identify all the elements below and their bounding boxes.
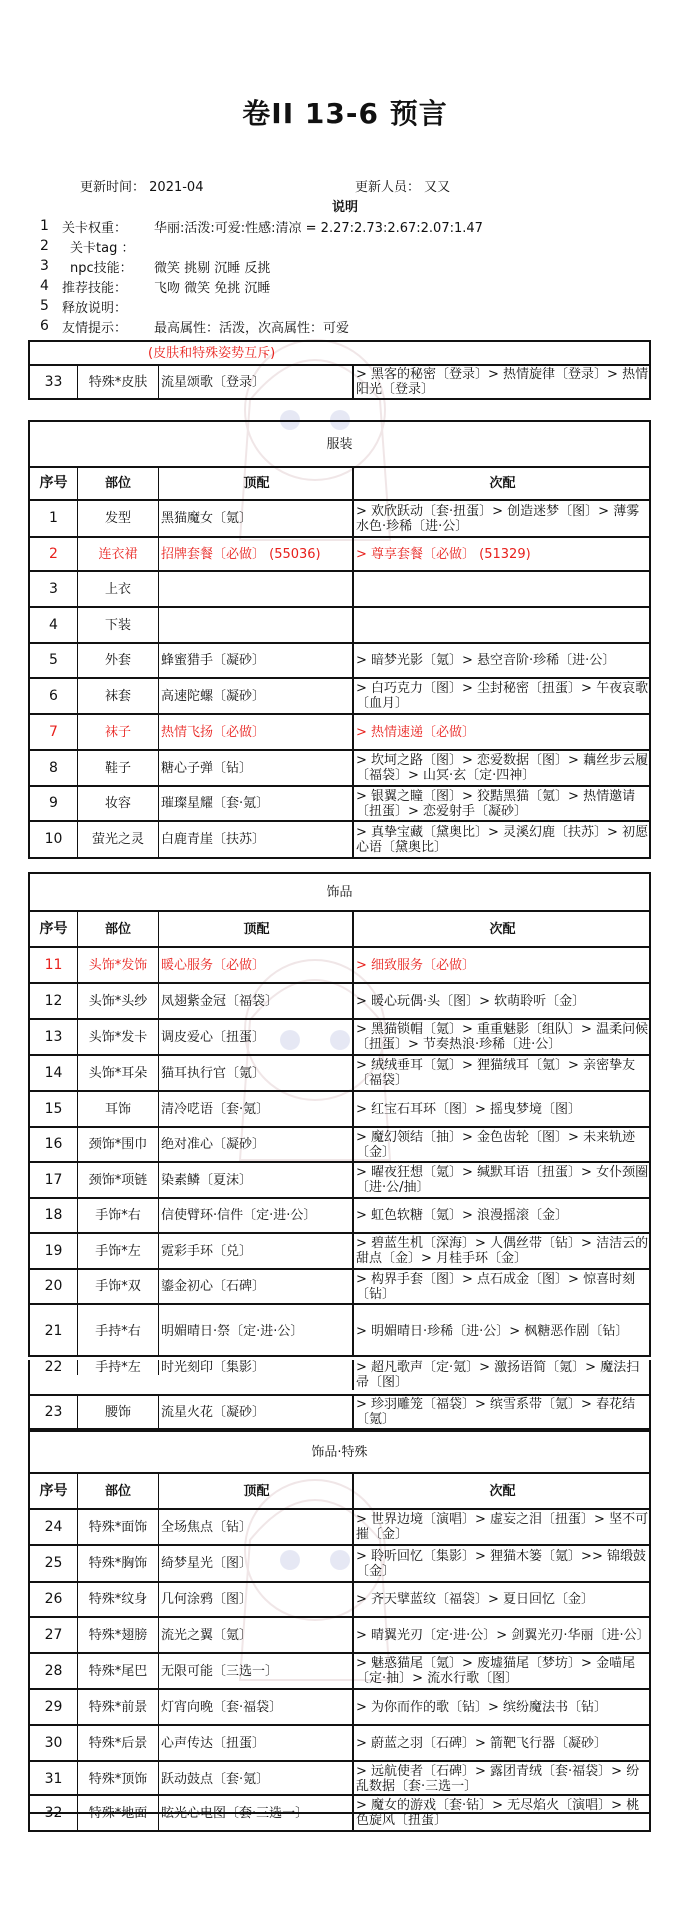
- section-title: 饰品: [30, 874, 649, 910]
- row-alternatives: > 齐天擘蓝纹〔福袋〕> 夏日回忆〔金〕: [352, 1583, 649, 1616]
- row-alternatives: > 明媚晴日·珍稀〔进·公〕> 枫糖恶作剧〔钻〕: [352, 1305, 649, 1357]
- row-number: 24: [30, 1510, 77, 1544]
- row-top-pick: 高速陀螺〔凝砂〕: [158, 679, 352, 713]
- row-slot: 特殊*皮肤: [77, 366, 158, 398]
- table-header-row: 序号 部位 顶配 次配: [30, 910, 649, 946]
- row-slot: 下装: [77, 608, 158, 642]
- row-alternatives: > 细致服务〔必做〕: [352, 948, 649, 982]
- row-alternatives: > 黑客的秘密〔登录〕> 热情旋律〔登录〕> 热情阳光〔登录〕: [352, 366, 649, 398]
- row-number: 8: [30, 751, 77, 785]
- row-top-pick: 眩光心电图〔套·三选一〕: [158, 1796, 352, 1830]
- skin-exclusive-note: (皮肤和特殊姿势互斥): [30, 342, 649, 364]
- row-number: 1: [30, 501, 77, 536]
- row-slot: 外套: [77, 644, 158, 677]
- row-number: 27: [30, 1618, 77, 1652]
- row-top-pick: 绮梦星光〔图〕: [158, 1546, 352, 1581]
- row-alternatives: > 暖心玩偶·头〔图〕> 软萌聆听〔金〕: [352, 984, 649, 1018]
- table-row: 19 手饰*左 霓彩手环〔兑〕 > 碧蓝生机〔深海〕> 人偶丝带〔钻〕> 洁洁云…: [30, 1232, 649, 1268]
- row-top-pick: 流光之翼〔氪〕: [158, 1618, 352, 1652]
- row-top-pick: 暖心服务〔必做〕: [158, 948, 352, 982]
- row-alternatives: > 晴翼光刃〔定·进·公〕> 剑翼光刃·华丽〔进·公〕: [352, 1618, 649, 1652]
- row-slot: 头饰*耳朵: [77, 1056, 158, 1090]
- clothing-table: 服装 序号 部位 顶配 次配 1 发型 黑猫魔女〔氪〕 > 欢欣跃动〔套·扭蛋〕…: [28, 420, 651, 859]
- row-number: 33: [30, 366, 77, 398]
- table-row-must-do: 2 连衣裙 招牌套餐〔必做〕 (55036) > 尊享套餐〔必做〕 (51329…: [30, 536, 649, 570]
- table-header-row: 序号 部位 顶配 次配: [30, 466, 649, 499]
- special-accessory-table: 饰品·特殊 序号 部位 顶配 次配 24 特殊*面饰 全场焦点〔钻〕 > 世界边…: [28, 1430, 651, 1814]
- row-slot: 手持*左: [77, 1360, 158, 1375]
- note-row: 2 关卡tag ：: [40, 236, 154, 256]
- table-row: 30 特殊*后景 心声传达〔扭蛋〕 > 蔚蓝之羽〔石碑〕> 箭靶飞行器〔凝砂〕: [30, 1724, 649, 1760]
- table-row: 23 腰饰 流星火花〔凝砂〕 > 珍羽雕笼〔福袋〕> 缤雪系带〔氪〕> 春花结〔…: [30, 1394, 649, 1428]
- special-accessory-table-last: 32 特殊*地面 眩光心电图〔套·三选一〕 > 魔女的游戏〔套·钻〕> 无尽焰火…: [28, 1794, 651, 1832]
- row-number: 16: [30, 1128, 77, 1161]
- description-heading: 说明: [0, 196, 690, 215]
- row-top-pick: 糖心子弹〔钻〕: [158, 751, 352, 785]
- row-alternatives: > 绒绒垂耳〔氪〕> 狸猫绒耳〔氪〕> 亲密挚友〔福袋〕: [352, 1056, 649, 1090]
- note-key: 友情提示：: [62, 317, 154, 336]
- row-alternatives: > 魅惑猫尾〔氪〕> 废墟猫尾〔梦坊〕> 金喵尾〔定·抽〕> 流水行歌〔图〕: [352, 1654, 649, 1688]
- section-title-row: 服装: [30, 422, 649, 466]
- row-top-pick: 灯宵向晚〔套·福袋〕: [158, 1690, 352, 1724]
- skin-table: (皮肤和特殊姿势互斥) 33 特殊*皮肤 流星颂歌〔登录〕 > 黑客的秘密〔登录…: [28, 340, 651, 400]
- row-number: 17: [30, 1163, 77, 1197]
- row-slot: 特殊*翅膀: [77, 1618, 158, 1652]
- row-slot: 手饰*左: [77, 1234, 158, 1268]
- row-number: 31: [30, 1762, 77, 1796]
- row-slot: 特殊*纹身: [77, 1583, 158, 1616]
- note-number: 4: [40, 278, 62, 294]
- row-top-pick: 调皮爱心〔扭蛋〕: [158, 1020, 352, 1054]
- header-slot: 部位: [77, 912, 158, 946]
- row-top-pick: 热情飞扬〔必做〕: [158, 715, 352, 749]
- row-number: 18: [30, 1199, 77, 1232]
- row-top-pick: [158, 572, 352, 606]
- table-row: 9 妆容 璀璨星耀〔套·氪〕 > 银翼之瞳〔图〕> 狡黠黑猫〔氪〕> 热情邀请〔…: [30, 785, 649, 820]
- row-top-pick: 璀璨星耀〔套·氪〕: [158, 787, 352, 820]
- note-row: 4 推荐技能： 飞吻 微笑 免挑 沉睡: [40, 276, 270, 296]
- row-top-pick: 蜂蜜猎手〔凝砂〕: [158, 644, 352, 677]
- row-number: 21: [30, 1305, 77, 1357]
- header-slot: 部位: [77, 1474, 158, 1508]
- row-alternatives: > 坎坷之路〔图〕> 恋爱数据〔图〕> 藕丝步云履〔福袋〕> 山冥·玄〔定·四神…: [352, 751, 649, 785]
- row-slot: 特殊*地面: [77, 1796, 158, 1830]
- table-row: 10 萤光之灵 白鹿青崖〔扶苏〕 > 真挚宝藏〔黛奥比〕> 灵溪幻鹿〔扶苏〕> …: [30, 820, 649, 857]
- row-number: 13: [30, 1020, 77, 1054]
- row-alternatives: > 白巧克力〔图〕> 尘封秘密〔扭蛋〕> 午夜哀歌〔血月〕: [352, 679, 649, 713]
- header-slot: 部位: [77, 468, 158, 499]
- row-slot: 手饰*右: [77, 1199, 158, 1232]
- row-alternatives: > 虹色软糖〔氪〕> 浪漫摇滚〔金〕: [352, 1199, 649, 1232]
- row-number: 23: [30, 1396, 77, 1428]
- update-time-label: 更新时间：: [80, 180, 145, 195]
- table-row: 1 发型 黑猫魔女〔氪〕 > 欢欣跃动〔套·扭蛋〕> 创造迷梦〔图〕> 薄雾水色…: [30, 499, 649, 536]
- note-row: 6 友情提示： 最高属性：活泼，次高属性：可爱: [40, 316, 349, 336]
- table-row: 4 下装: [30, 606, 649, 642]
- table-row: 17 颈饰*项链 染素鳞〔夏沫〕 > 曜夜狂想〔氪〕> 缄默耳语〔扭蛋〕> 女仆…: [30, 1161, 649, 1197]
- row-alternatives: > 珍羽雕笼〔福袋〕> 缤雪系带〔氪〕> 春花结〔氪〕: [352, 1396, 649, 1428]
- row-top-pick: 黑猫魔女〔氪〕: [158, 501, 352, 536]
- header-alt: 次配: [352, 468, 649, 499]
- table-row-must-do: 11 头饰*发饰 暖心服务〔必做〕 > 细致服务〔必做〕: [30, 946, 649, 982]
- updater-label: 更新人员：: [355, 180, 420, 195]
- row-top-pick: 白鹿青崖〔扶苏〕: [158, 822, 352, 857]
- row-slot: 特殊*顶饰: [77, 1762, 158, 1796]
- row-number: 6: [30, 679, 77, 713]
- header-alt: 次配: [352, 912, 649, 946]
- row-slot: 萤光之灵: [77, 822, 158, 857]
- row-slot: 头饰*发卡: [77, 1020, 158, 1054]
- table-row: 14 头饰*耳朵 猫耳执行官〔氪〕 > 绒绒垂耳〔氪〕> 狸猫绒耳〔氪〕> 亲密…: [30, 1054, 649, 1090]
- row-alternatives: > 魔幻领结〔抽〕> 金色齿轮〔图〕> 未来轨迹〔金〕: [352, 1128, 649, 1161]
- note-key: npc技能：: [62, 257, 154, 276]
- table-row: 32 特殊*地面 眩光心电图〔套·三选一〕 > 魔女的游戏〔套·钻〕> 无尽焰火…: [30, 1794, 649, 1830]
- section-title-row: 饰品·特殊: [30, 1432, 649, 1472]
- row-alternatives: > 尊享套餐〔必做〕 (51329): [352, 538, 649, 570]
- table-row: 16 颈饰*围巾 绝对准心〔凝砂〕 > 魔幻领结〔抽〕> 金色齿轮〔图〕> 未来…: [30, 1126, 649, 1161]
- row-number: 14: [30, 1056, 77, 1090]
- row-alternatives: > 超凡歌声〔定·氪〕> 激扬语简〔氪〕> 魔法扫帚〔图〕: [352, 1360, 649, 1390]
- row-alternatives: > 红宝石耳环〔图〕> 摇曳梦境〔图〕: [352, 1092, 649, 1126]
- note-number: 2: [40, 238, 62, 254]
- table-row: 5 外套 蜂蜜猎手〔凝砂〕 > 暗梦光影〔氪〕> 悬空音阶·珍稀〔进·公〕: [30, 642, 649, 677]
- row-top-pick: 心声传达〔扭蛋〕: [158, 1726, 352, 1760]
- row-number: 7: [30, 715, 77, 749]
- row-number: 2: [30, 538, 77, 570]
- header-no: 序号: [30, 468, 77, 499]
- row-alternatives: [352, 572, 649, 606]
- note-number: 1: [40, 218, 62, 234]
- note-value: 微笑 挑剔 沉睡 反挑: [154, 257, 270, 276]
- row-top-pick: 时光刻印〔集影〕: [158, 1360, 352, 1375]
- row-top-pick: 清冷呓语〔套·氪〕: [158, 1092, 352, 1126]
- row-number: 3: [30, 572, 77, 606]
- row-alternatives: > 热情速递〔必做〕: [352, 715, 649, 749]
- row-number: 28: [30, 1654, 77, 1688]
- table-row-must-do: 7 袜子 热情飞扬〔必做〕 > 热情速递〔必做〕: [30, 713, 649, 749]
- row-number: 4: [30, 608, 77, 642]
- row-slot: 头饰*头纱: [77, 984, 158, 1018]
- note-number: 6: [40, 318, 62, 334]
- row-top-pick: 鎏金初心〔石碑〕: [158, 1270, 352, 1303]
- row-alternatives: > 聆听回忆〔集影〕> 狸猫木篓〔氪〕>> 锦缎鼓〔金〕: [352, 1546, 649, 1581]
- row-top-pick: 几何涂鸦〔图〕: [158, 1583, 352, 1616]
- row-slot: 特殊*面饰: [77, 1510, 158, 1544]
- updater-value: 又又: [424, 180, 450, 195]
- row-slot: 特殊*尾巴: [77, 1654, 158, 1688]
- row-slot: 妆容: [77, 787, 158, 820]
- row-number: 20: [30, 1270, 77, 1303]
- header-top: 顶配: [158, 1474, 352, 1508]
- row-slot: 特殊*后景: [77, 1726, 158, 1760]
- note-number: 5: [40, 298, 62, 314]
- row-alternatives: > 远航使者〔石碑〕> 露团青绒〔套·福袋〕> 纷乱数据〔套·三选一〕: [352, 1762, 649, 1796]
- row-slot: 连衣裙: [77, 538, 158, 570]
- note-number: 3: [40, 258, 62, 274]
- row-alternatives: > 银翼之瞳〔图〕> 狡黠黑猫〔氪〕> 热情邀请〔扭蛋〕> 恋爱射手〔凝砂〕: [352, 787, 649, 820]
- row-slot: 颈饰*项链: [77, 1163, 158, 1197]
- row-slot: 腰饰: [77, 1396, 158, 1428]
- table-header-row: 序号 部位 顶配 次配: [30, 1472, 649, 1508]
- row-number: 25: [30, 1546, 77, 1581]
- header-top: 顶配: [158, 468, 352, 499]
- row-number: 10: [30, 822, 77, 857]
- update-time-value: 2021-04: [149, 180, 203, 195]
- row-alternatives: > 魔女的游戏〔套·钻〕> 无尽焰火〔演唱〕> 桃色旋风〔扭蛋〕: [352, 1796, 649, 1830]
- table-row: 26 特殊*纹身 几何涂鸦〔图〕 > 齐天擘蓝纹〔福袋〕> 夏日回忆〔金〕: [30, 1581, 649, 1616]
- table-row: 31 特殊*顶饰 跃动鼓点〔套·氪〕 > 远航使者〔石碑〕> 露团青绒〔套·福袋…: [30, 1760, 649, 1796]
- note-row: 1 关卡权重： 华丽:活泼:可爱:性感:清凉 = 2.27:2.73:2.67:…: [40, 216, 483, 236]
- section-title-row: 饰品: [30, 874, 649, 910]
- row-top-pick: [158, 608, 352, 642]
- table-row: 28 特殊*尾巴 无限可能〔三选一〕 > 魅惑猫尾〔氪〕> 废墟猫尾〔梦坊〕> …: [30, 1652, 649, 1688]
- note-value: 最高属性：活泼，次高属性：可爱: [154, 317, 349, 336]
- update-time: 更新时间： 2021-04: [80, 176, 203, 195]
- row-top-pick: 凤翅紫金冠〔福袋〕: [158, 984, 352, 1018]
- row-number: 22: [30, 1360, 77, 1375]
- table-row: 27 特殊*翅膀 流光之翼〔氪〕 > 晴翼光刃〔定·进·公〕> 剑翼光刃·华丽〔…: [30, 1616, 649, 1652]
- row-top-pick: 信使臂环·信件〔定·进·公〕: [158, 1199, 352, 1232]
- row-top-pick: 无限可能〔三选一〕: [158, 1654, 352, 1688]
- note-key: 关卡权重：: [62, 217, 154, 236]
- header-no: 序号: [30, 912, 77, 946]
- note-row: 5 释放说明：: [40, 296, 154, 316]
- table-row: 21 手持*右 明媚晴日·祭〔定·进·公〕 > 明媚晴日·珍稀〔进·公〕> 枫糖…: [30, 1303, 649, 1357]
- table-row: 22 手持*左 时光刻印〔集影〕 > 超凡歌声〔定·氪〕> 激扬语简〔氪〕> 魔…: [30, 1360, 649, 1394]
- row-top-pick: 全场焦点〔钻〕: [158, 1510, 352, 1544]
- table-row: 20 手饰*双 鎏金初心〔石碑〕 > 构界手套〔图〕> 点石成金〔图〕> 惊喜时…: [30, 1268, 649, 1303]
- table-row: 25 特殊*胸饰 绮梦星光〔图〕 > 聆听回忆〔集影〕> 狸猫木篓〔氪〕>> 锦…: [30, 1544, 649, 1581]
- row-alternatives: > 蔚蓝之羽〔石碑〕> 箭靶飞行器〔凝砂〕: [352, 1726, 649, 1760]
- updater: 更新人员： 又又: [355, 176, 450, 195]
- row-alternatives: > 真挚宝藏〔黛奥比〕> 灵溪幻鹿〔扶苏〕> 初愿心语〔黛奥比〕: [352, 822, 649, 857]
- table-row: 18 手饰*右 信使臂环·信件〔定·进·公〕 > 虹色软糖〔氪〕> 浪漫摇滚〔金…: [30, 1197, 649, 1232]
- row-alternatives: [352, 608, 649, 642]
- row-number: 12: [30, 984, 77, 1018]
- row-top-pick: 跃动鼓点〔套·氪〕: [158, 1762, 352, 1796]
- row-top-pick: 明媚晴日·祭〔定·进·公〕: [158, 1305, 352, 1357]
- row-number: 15: [30, 1092, 77, 1126]
- row-top-pick: 招牌套餐〔必做〕 (55036): [158, 538, 352, 570]
- table-row: 29 特殊*前景 灯宵向晚〔套·福袋〕 > 为你而作的歌〔钻〕> 缤纷魔法书〔钻…: [30, 1688, 649, 1724]
- note-row: 3 npc技能： 微笑 挑剔 沉睡 反挑: [40, 256, 270, 276]
- note-key: 释放说明：: [62, 297, 154, 316]
- row-slot: 袜套: [77, 679, 158, 713]
- row-top-pick: 流星火花〔凝砂〕: [158, 1396, 352, 1428]
- note-value: 飞吻 微笑 免挑 沉睡: [154, 277, 270, 296]
- row-top-pick: 流星颂歌〔登录〕: [158, 366, 352, 398]
- row-alternatives: > 世界边境〔演唱〕> 虚妄之泪〔扭蛋〕> 坚不可摧〔金〕: [352, 1510, 649, 1544]
- row-number: 30: [30, 1726, 77, 1760]
- table-row: 13 头饰*发卡 调皮爱心〔扭蛋〕 > 黑猫锁帽〔氪〕> 重重魅影〔组队〕> 温…: [30, 1018, 649, 1054]
- table-row: 6 袜套 高速陀螺〔凝砂〕 > 白巧克力〔图〕> 尘封秘密〔扭蛋〕> 午夜哀歌〔…: [30, 677, 649, 713]
- row-slot: 手饰*双: [77, 1270, 158, 1303]
- row-top-pick: 绝对准心〔凝砂〕: [158, 1128, 352, 1161]
- row-number: 32: [30, 1796, 77, 1830]
- row-top-pick: 染素鳞〔夏沫〕: [158, 1163, 352, 1197]
- table-row: 8 鞋子 糖心子弹〔钻〕 > 坎坷之路〔图〕> 恋爱数据〔图〕> 藕丝步云履〔福…: [30, 749, 649, 785]
- table-row: 12 头饰*头纱 凤翅紫金冠〔福袋〕 > 暖心玩偶·头〔图〕> 软萌聆听〔金〕: [30, 982, 649, 1018]
- skin-note-row: (皮肤和特殊姿势互斥): [30, 342, 649, 364]
- row-slot: 袜子: [77, 715, 158, 749]
- row-slot: 特殊*胸饰: [77, 1546, 158, 1581]
- note-value: 华丽:活泼:可爱:性感:清凉 = 2.27:2.73:2.67:2.07:1.4…: [154, 217, 483, 236]
- row-top-pick: 霓彩手环〔兑〕: [158, 1234, 352, 1268]
- row-number: 26: [30, 1583, 77, 1616]
- accessory-table: 饰品 序号 部位 顶配 次配 11 头饰*发饰 暖心服务〔必做〕 > 细致服务〔…: [28, 872, 651, 1357]
- row-number: 29: [30, 1690, 77, 1724]
- row-alternatives: > 为你而作的歌〔钻〕> 缤纷魔法书〔钻〕: [352, 1690, 649, 1724]
- accessory-table-continued: 22 手持*左 时光刻印〔集影〕 > 超凡歌声〔定·氪〕> 激扬语简〔氪〕> 魔…: [28, 1360, 651, 1430]
- row-number: 5: [30, 644, 77, 677]
- header-no: 序号: [30, 1474, 77, 1508]
- row-slot: 手持*右: [77, 1305, 158, 1357]
- row-alternatives: > 暗梦光影〔氪〕> 悬空音阶·珍稀〔进·公〕: [352, 644, 649, 677]
- row-slot: 颈饰*围巾: [77, 1128, 158, 1161]
- row-slot: 耳饰: [77, 1092, 158, 1126]
- row-slot: 上衣: [77, 572, 158, 606]
- row-alternatives: > 碧蓝生机〔深海〕> 人偶丝带〔钻〕> 洁洁云的甜点〔金〕> 月桂手环〔金〕: [352, 1234, 649, 1268]
- row-alternatives: > 欢欣跃动〔套·扭蛋〕> 创造迷梦〔图〕> 薄雾水色·珍稀〔进·公〕: [352, 501, 649, 536]
- table-row: 15 耳饰 清冷呓语〔套·氪〕 > 红宝石耳环〔图〕> 摇曳梦境〔图〕: [30, 1090, 649, 1126]
- row-number: 19: [30, 1234, 77, 1268]
- table-row: 33 特殊*皮肤 流星颂歌〔登录〕 > 黑客的秘密〔登录〕> 热情旋律〔登录〕>…: [30, 364, 649, 398]
- note-key: 关卡tag ：: [62, 237, 154, 256]
- table-row: 24 特殊*面饰 全场焦点〔钻〕 > 世界边境〔演唱〕> 虚妄之泪〔扭蛋〕> 坚…: [30, 1508, 649, 1544]
- row-slot: 头饰*发饰: [77, 948, 158, 982]
- header-alt: 次配: [352, 1474, 649, 1508]
- row-alternatives: > 曜夜狂想〔氪〕> 缄默耳语〔扭蛋〕> 女仆颈圈〔进·公/抽〕: [352, 1163, 649, 1197]
- row-slot: 特殊*前景: [77, 1690, 158, 1724]
- header-top: 顶配: [158, 912, 352, 946]
- row-alternatives: > 构界手套〔图〕> 点石成金〔图〕> 惊喜时刻〔钻〕: [352, 1270, 649, 1303]
- section-title: 饰品·特殊: [30, 1432, 649, 1472]
- row-alternatives: > 黑猫锁帽〔氪〕> 重重魅影〔组队〕> 温柔问候〔扭蛋〕> 节奏热浪·珍稀〔进…: [352, 1020, 649, 1054]
- row-number: 9: [30, 787, 77, 820]
- table-row: 3 上衣: [30, 570, 649, 606]
- row-slot: 鞋子: [77, 751, 158, 785]
- row-number: 11: [30, 948, 77, 982]
- row-top-pick: 猫耳执行官〔氪〕: [158, 1056, 352, 1090]
- page-title: 卷II 13-6 预言: [0, 92, 690, 132]
- section-title: 服装: [30, 422, 649, 466]
- row-slot: 发型: [77, 501, 158, 536]
- note-key: 推荐技能：: [62, 277, 154, 296]
